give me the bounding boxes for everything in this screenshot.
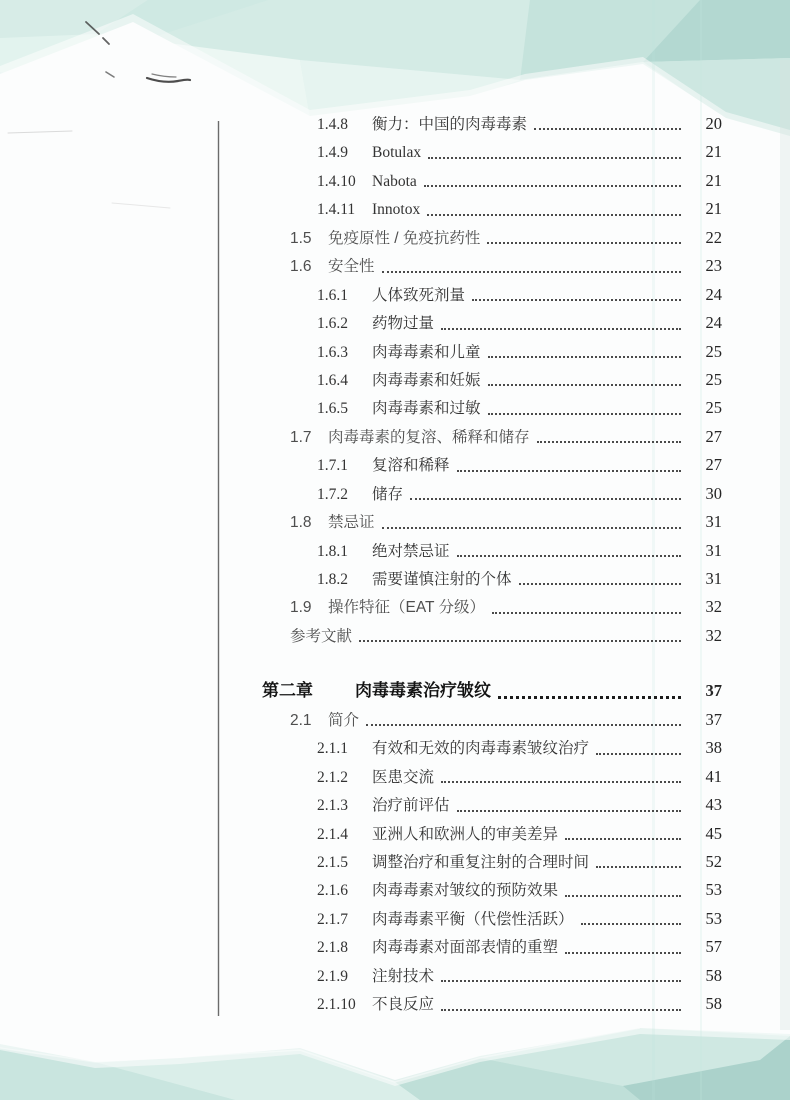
dot-leader — [581, 923, 681, 925]
toc-entry: 1.4.11Innotox21 — [262, 195, 722, 223]
toc-entry: 1.7.1复溶和稀释27 — [262, 451, 722, 479]
toc-entry-page: 20 — [688, 110, 722, 138]
toc-entry: 2.1.5调整治疗和重复注射的合理时间52 — [262, 848, 722, 876]
toc-entry-number: 1.9 — [290, 594, 314, 622]
toc-entry: 1.4.9Botulax21 — [262, 138, 722, 166]
toc-entry: 2.1.10不良反应58 — [262, 990, 722, 1018]
dot-leader — [565, 838, 681, 840]
scanned-book-page: 1.4.8衡力：中国的肉毒毒素201.4.9Botulax211.4.10Nab… — [0, 0, 790, 1100]
toc-entry-title: 肉毒毒素对面部表情的重塑 — [372, 934, 558, 962]
toc-entry: 参考文献32 — [262, 622, 722, 650]
toc-entry-title: 药物过量 — [372, 310, 434, 338]
dot-leader — [596, 753, 681, 755]
toc-entry-title: Botulax — [372, 139, 421, 167]
toc-entry-title: 肉毒毒素和儿童 — [372, 339, 481, 367]
dot-leader — [366, 724, 681, 726]
toc-entry: 1.8禁忌证31 — [262, 508, 722, 536]
toc-entry: 1.6.3肉毒毒素和儿童25 — [262, 338, 722, 366]
toc-entry-number: 1.7 — [290, 424, 314, 452]
toc-entry-title: 需要谨慎注射的个体 — [372, 566, 512, 594]
toc-entry-page: 53 — [688, 876, 722, 904]
toc-entry-number: 2.1.9 — [317, 963, 363, 991]
toc-entry-title: 复溶和稀释 — [372, 452, 450, 480]
toc-entry-number: 2.1.2 — [317, 764, 363, 792]
toc-entry-number: 第二章 — [262, 677, 313, 705]
toc-entry: 1.6.5肉毒毒素和过敏25 — [262, 394, 722, 422]
toc-entry-number: 1.4.11 — [317, 196, 363, 224]
toc-entry-number: 1.6.2 — [317, 310, 363, 338]
dot-leader — [488, 384, 681, 386]
toc-entry-page: 23 — [688, 252, 722, 280]
toc-entry-page: 52 — [688, 848, 722, 876]
toc-entry-number: 2.1.8 — [317, 934, 363, 962]
toc-entry-page: 37 — [688, 706, 722, 734]
dot-leader — [565, 952, 681, 954]
toc-entry-page: 32 — [688, 622, 722, 650]
toc-entry-page: 37 — [688, 677, 722, 705]
toc-entry-number: 1.4.9 — [317, 139, 363, 167]
toc-entry-title: 医患交流 — [372, 764, 434, 792]
toc-entry: 1.6安全性23 — [262, 252, 722, 280]
dot-leader — [441, 1009, 681, 1011]
toc-entry-page: 25 — [688, 366, 722, 394]
dot-leader — [359, 640, 681, 642]
dot-leader — [534, 128, 681, 130]
toc-entry: 2.1.9注射技术58 — [262, 962, 722, 990]
dot-leader — [492, 612, 681, 614]
toc-entry-page: 53 — [688, 905, 722, 933]
toc-entry: 1.6.1人体致死剂量24 — [262, 281, 722, 309]
dot-leader — [498, 696, 681, 699]
toc-entry-number: 2.1.5 — [317, 849, 363, 877]
toc-list: 1.4.8衡力：中国的肉毒毒素201.4.9Botulax211.4.10Nab… — [262, 110, 722, 1019]
toc-entry-page: 43 — [688, 791, 722, 819]
toc-entry-title: 调整治疗和重复注射的合理时间 — [372, 849, 589, 877]
toc-entry-title: 肉毒毒素和妊娠 — [372, 367, 481, 395]
toc-entry: 1.8.1绝对禁忌证31 — [262, 537, 722, 565]
toc-entry-number: 2.1.3 — [317, 792, 363, 820]
toc-entry: 1.7肉毒毒素的复溶、稀释和储存27 — [262, 423, 722, 451]
toc-entry-number: 1.5 — [290, 225, 314, 253]
toc-entry-title: 亚洲人和欧洲人的审美差异 — [372, 821, 558, 849]
toc-entry-page: 27 — [688, 451, 722, 479]
toc-entry-page: 31 — [688, 508, 722, 536]
toc-entry-title: Nabota — [372, 168, 417, 196]
dot-leader — [410, 498, 681, 500]
toc-entry-page: 25 — [688, 338, 722, 366]
toc-entry-number: 1.4.10 — [317, 168, 363, 196]
toc-entry-number: 2.1.10 — [317, 991, 363, 1019]
toc-entry-title: 肉毒毒素对皱纹的预防效果 — [372, 877, 558, 905]
toc-entry-number: 2.1.1 — [317, 735, 363, 763]
toc-entry-page: 38 — [688, 734, 722, 762]
toc-entry-title: 肉毒毒素平衡（代偿性活跃） — [372, 906, 574, 934]
toc-entry: 2.1.7肉毒毒素平衡（代偿性活跃）53 — [262, 905, 722, 933]
toc-entry-page: 22 — [688, 224, 722, 252]
toc-entry-number: 1.6.1 — [317, 282, 363, 310]
dot-leader — [487, 242, 681, 244]
toc-entry-page: 21 — [688, 195, 722, 223]
toc-entry-page: 30 — [688, 480, 722, 508]
dot-leader — [596, 866, 681, 868]
toc-entry-title: 肉毒毒素和过敏 — [372, 395, 481, 423]
toc-entry-page: 25 — [688, 394, 722, 422]
toc-entry: 1.4.10Nabota21 — [262, 167, 722, 195]
toc-entry: 1.6.4肉毒毒素和妊娠25 — [262, 366, 722, 394]
toc-entry-number: 1.7.2 — [317, 481, 363, 509]
toc-entry: 2.1.3治疗前评估43 — [262, 791, 722, 819]
dot-leader — [488, 356, 681, 358]
toc-entry-title: 人体致死剂量 — [372, 282, 465, 310]
toc-entry-number: 1.4.8 — [317, 111, 363, 139]
toc-entry-title: 安全性 — [328, 253, 375, 281]
toc-entry: 1.6.2药物过量24 — [262, 309, 722, 337]
dot-leader — [382, 527, 681, 529]
toc-entry: 1.9操作特征（EAT 分级）32 — [262, 593, 722, 621]
toc-entry-page: 31 — [688, 565, 722, 593]
dot-leader — [424, 185, 681, 187]
dot-leader — [519, 583, 681, 585]
dot-leader — [472, 299, 681, 301]
toc-entry: 第二章肉毒毒素治疗皱纹37 — [262, 677, 722, 705]
dot-leader — [457, 470, 681, 472]
dot-leader — [441, 328, 681, 330]
toc-entry-number: 1.6.4 — [317, 367, 363, 395]
toc-entry-page: 41 — [688, 763, 722, 791]
toc-entry-number: 1.7.1 — [317, 452, 363, 480]
dot-leader — [457, 555, 681, 557]
toc-entry-number: 1.8 — [290, 509, 314, 537]
toc-entry-number: 2.1 — [290, 707, 314, 735]
toc-entry-page: 21 — [688, 138, 722, 166]
toc-entry-page: 57 — [688, 933, 722, 961]
toc-entry-title: 肉毒毒素治疗皱纹 — [355, 677, 491, 705]
dot-leader — [427, 214, 681, 216]
toc-entry-title: 参考文献 — [290, 623, 352, 651]
toc-entry-title: Innotox — [372, 196, 420, 224]
toc-entry-number: 1.6.5 — [317, 395, 363, 423]
toc-entry-page: 31 — [688, 537, 722, 565]
toc-entry-number: 2.1.4 — [317, 821, 363, 849]
toc-entry-number: 1.6 — [290, 253, 314, 281]
toc-entry-page: 58 — [688, 990, 722, 1018]
toc-entry-page: 24 — [688, 309, 722, 337]
dot-leader — [441, 781, 681, 783]
toc-entry: 2.1.1有效和无效的肉毒毒素皱纹治疗38 — [262, 734, 722, 762]
toc-entry-page: 27 — [688, 423, 722, 451]
toc-entry-page: 58 — [688, 962, 722, 990]
dot-leader — [488, 413, 681, 415]
toc-entry-number: 2.1.6 — [317, 877, 363, 905]
toc-entry: 1.8.2需要谨慎注射的个体31 — [262, 565, 722, 593]
toc-entry-number: 2.1.7 — [317, 906, 363, 934]
toc-entry-title: 简介 — [328, 707, 359, 735]
toc-entry-title: 免疫原性 / 免疫抗药性 — [328, 225, 480, 253]
toc-entry: 1.5免疫原性 / 免疫抗药性22 — [262, 224, 722, 252]
toc-entry: 2.1简介37 — [262, 706, 722, 734]
toc-entry-page: 24 — [688, 281, 722, 309]
toc-entry: 2.1.2医患交流41 — [262, 763, 722, 791]
toc-entry-page: 21 — [688, 167, 722, 195]
toc-entry-title: 绝对禁忌证 — [372, 538, 450, 566]
toc-entry: 2.1.4亚洲人和欧洲人的审美差异45 — [262, 820, 722, 848]
toc-entry: 1.7.2储存30 — [262, 480, 722, 508]
toc-entry-title: 衡力：中国的肉毒毒素 — [372, 111, 527, 139]
dot-leader — [382, 271, 681, 273]
dot-leader — [441, 980, 681, 982]
toc-entry: 2.1.8肉毒毒素对面部表情的重塑57 — [262, 933, 722, 961]
toc-entry-title: 禁忌证 — [328, 509, 375, 537]
toc-entry-page: 45 — [688, 820, 722, 848]
dot-leader — [428, 157, 681, 159]
dot-leader — [537, 441, 681, 443]
dot-leader — [565, 895, 681, 897]
toc-entry-title: 不良反应 — [372, 991, 434, 1019]
toc-entry-title: 肉毒毒素的复溶、稀释和储存 — [328, 424, 530, 452]
toc-entry-number: 1.6.3 — [317, 339, 363, 367]
toc-entry-number: 1.8.1 — [317, 538, 363, 566]
toc-entry-title: 有效和无效的肉毒毒素皱纹治疗 — [372, 735, 589, 763]
toc-entry-title: 储存 — [372, 481, 403, 509]
toc-entry-title: 治疗前评估 — [372, 792, 450, 820]
toc-entry-number: 1.8.2 — [317, 566, 363, 594]
toc-entry: 1.4.8衡力：中国的肉毒毒素20 — [262, 110, 722, 138]
toc-entry-title: 注射技术 — [372, 963, 434, 991]
toc-entry: 2.1.6肉毒毒素对皱纹的预防效果53 — [262, 876, 722, 904]
toc-entry-title: 操作特征（EAT 分级） — [328, 594, 485, 622]
dot-leader — [457, 810, 681, 812]
toc-entry-page: 32 — [688, 593, 722, 621]
